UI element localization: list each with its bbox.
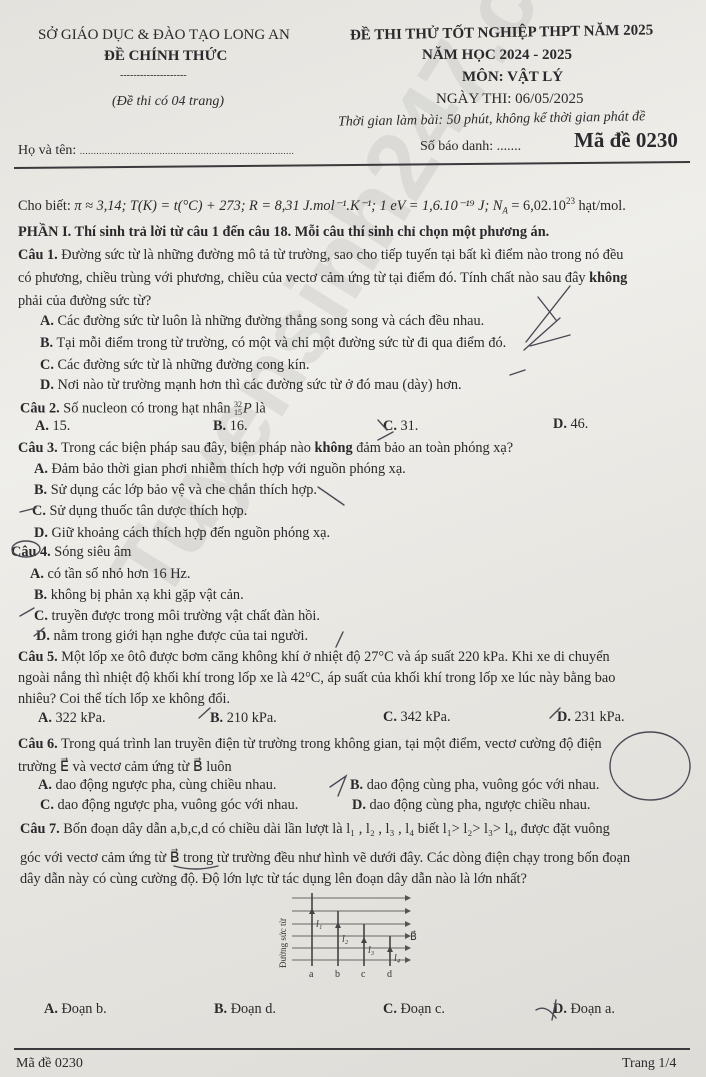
question-7-option-a[interactable]: A. Đoạn b.: [44, 1001, 107, 1018]
field-line-axis-label: Đường sức từ: [278, 917, 288, 968]
wire-length-label: l₂: [342, 934, 349, 945]
exam-title: ĐỀ THI THỬ TỐT NGHIỆP THPT NĂM 2025: [350, 22, 654, 44]
question-2-option-b[interactable]: B. 16.: [213, 418, 248, 435]
question-6-stem-line-1: Câu 6. Trong quá trình lan truyền điện t…: [18, 737, 602, 751]
question-7-option-c[interactable]: C. Đoạn c.: [383, 1001, 445, 1018]
school-year: NĂM HỌC 2024 - 2025: [422, 47, 572, 64]
question-5-stem-line-3: nhiêu? Coi thể tích lốp xe không đổi.: [18, 692, 230, 706]
part-1-title: PHẦN I. Thí sinh trả lời từ câu 1 đến câ…: [18, 225, 549, 239]
question-2-option-c[interactable]: C. 31.: [383, 418, 418, 435]
footer-exam-code: Mã đề 0230: [16, 1056, 83, 1072]
wire-length-label: l₁: [316, 919, 322, 930]
question-4-option-d[interactable]: D. nằm trong giới hạn nghe được của tai …: [36, 628, 308, 645]
question-3-option-d[interactable]: D. Giữ khoảng cách thích hợp đến nguồn p…: [34, 525, 330, 542]
question-3-stem: Câu 3. Trong các biện pháp sau đây, biện…: [18, 441, 513, 455]
given-constants: Cho biết: π ≈ 3,14; T(K) = t(°C) + 273; …: [18, 197, 626, 216]
question-4-option-a[interactable]: A. có tần số nhỏ hơn 16 Hz.: [30, 566, 190, 583]
header-rule: [14, 161, 690, 169]
question-1-option-d[interactable]: D. Nơi nào từ trường mạnh hơn thì các đư…: [40, 377, 462, 394]
wire-label: b: [335, 969, 340, 978]
question-2-option-d[interactable]: D. 46.: [553, 416, 588, 433]
exam-date: NGÀY THI: 06/05/2025: [436, 91, 584, 108]
question-6-stem-line-2: trường E⃗ và vectơ cảm ứng từ B⃗ luôn: [18, 760, 232, 774]
question-1-option-a[interactable]: A. Các đường sức từ luôn là những đường …: [40, 313, 484, 330]
question-4-stem: Câu 4. Sóng siêu âm: [11, 545, 131, 559]
exam-code: Mã đề 0230: [574, 128, 678, 153]
wire-label: a: [309, 969, 314, 978]
question-2-stem: Câu 2. Số nucleon có trong hạt nhân 3215…: [20, 401, 266, 417]
field-vector-label: B⃗: [410, 930, 417, 943]
question-4-option-b[interactable]: B. không bị phản xạ khi gặp vật cản.: [34, 587, 244, 604]
question-3-option-a[interactable]: A. Đảm bảo thời gian phơi nhiễm thích hợ…: [34, 461, 406, 478]
student-id-field[interactable]: Số báo danh: .......: [420, 139, 521, 155]
question-2-option-a[interactable]: A. 15.: [35, 418, 70, 435]
question-7-stem-line-2: góc với vectơ cảm ứng từ B⃗ trong từ trư…: [20, 851, 630, 865]
footer-page-number: Trang 1/4: [622, 1056, 676, 1072]
question-1-stem-line-2: có phương, chiều trùng với phương, chiều…: [18, 271, 627, 285]
question-5-option-b[interactable]: B. 210 kPa.: [210, 710, 277, 727]
name-label: Họ và tên:: [18, 143, 80, 158]
header-divider: --------------------: [120, 70, 187, 81]
question-1-option-b[interactable]: B. Tại mỗi điểm trong từ trường, có một …: [40, 335, 506, 352]
student-name-field[interactable]: Họ và tên: .............................…: [18, 143, 294, 159]
question-7-stem-line-3: dây dẫn này có cùng cường độ. Độ lớn lực…: [20, 872, 527, 886]
pages-note: (Đề thi có 04 trang): [112, 94, 224, 110]
question-3-option-b[interactable]: B. Sử dụng các lớp bảo vệ và che chắn th…: [34, 482, 317, 499]
name-dots: ........................................…: [80, 146, 295, 156]
wire-length-label: l₄: [394, 953, 401, 964]
question-6-option-b[interactable]: B. dao động cùng pha, vuông góc với nhau…: [350, 777, 599, 794]
question-5-option-c[interactable]: C. 342 kPa.: [383, 709, 451, 726]
question-7-option-d[interactable]: D. Đoạn a.: [553, 1001, 615, 1018]
question-5-stem-line-2: ngoài nắng thì nhiệt độ khối khí trong l…: [18, 671, 615, 685]
official-label: ĐỀ CHÍNH THỨC: [104, 48, 227, 65]
question-5-stem-line-1: Câu 5. Một lốp xe ôtô được bơm căng khôn…: [18, 650, 610, 664]
question-6-option-d[interactable]: D. dao động cùng pha, ngược chiều nhau.: [352, 797, 590, 814]
question-1-stem-line-3: phải của đường sức từ?: [18, 294, 151, 308]
subject: MÔN: VẬT LÝ: [462, 69, 563, 86]
question-6-option-c[interactable]: C. dao động ngược pha, vuông góc với nha…: [40, 797, 298, 814]
question-3-option-c[interactable]: C. Sử dụng thuốc tân dược thích hợp.: [32, 503, 247, 520]
question-4-option-c[interactable]: C. truyền được trong môi trường vật chất…: [34, 608, 320, 625]
wire-label: c: [361, 969, 366, 978]
question-6-option-a[interactable]: A. dao động ngược pha, cùng chiều nhau.: [38, 777, 276, 794]
nucleus-notation: 3215: [234, 401, 242, 417]
question-1-option-c[interactable]: C. Các đường sức từ là những đường cong …: [40, 357, 309, 374]
question-7-option-b[interactable]: B. Đoạn d.: [214, 1001, 276, 1018]
question-1-stem-line-1: Câu 1. Đường sức từ là những đường mô tả…: [18, 248, 623, 262]
department-name: SỞ GIÁO DỤC & ĐÀO TẠO LONG AN: [38, 27, 290, 44]
footer-rule: [14, 1048, 690, 1050]
question-7-stem-line-1: Câu 7. Bốn đoạn dây dẫn a,b,c,d có chiều…: [20, 822, 610, 836]
wires: [312, 893, 390, 966]
wire-length-label: l₃: [368, 945, 375, 956]
magnetic-field-diagram: Đường sức từ l₁ l₂ l₃ l₄ B⃗ a b c d: [270, 888, 420, 978]
wire-label: d: [387, 969, 392, 978]
question-5-option-a[interactable]: A. 322 kPa.: [38, 710, 106, 727]
question-5-option-d[interactable]: D. 231 kPa.: [557, 709, 625, 726]
